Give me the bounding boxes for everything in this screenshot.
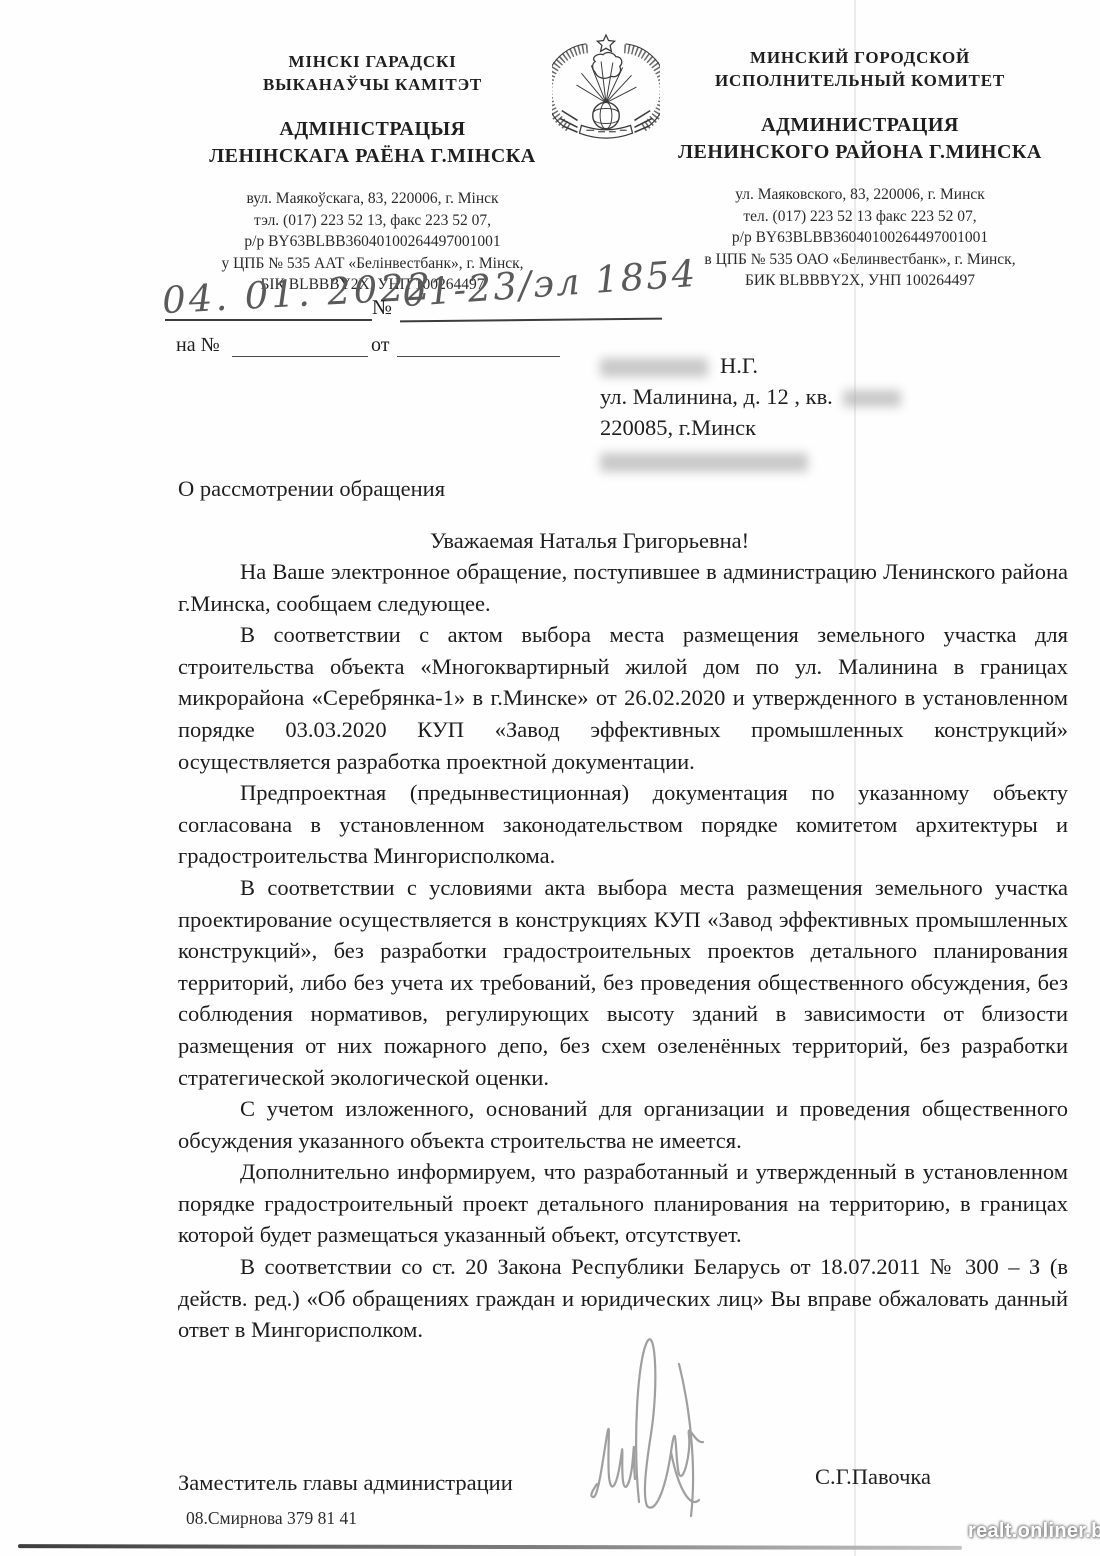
- site-watermark: realt.onliner.by: [968, 1520, 1100, 1543]
- letterhead-address-line: тел. (017) 223 52 13 факс 223 52 07,: [660, 206, 1060, 228]
- scan-edge-artifact: [18, 1544, 962, 1550]
- recipient-email-line: [600, 443, 901, 474]
- letterhead-line: ЛЕНІНСКАГА РАЁНА Г.МІНСКА: [170, 143, 575, 170]
- letterhead-left: МІНСКІ ГАРАДСКІВЫКАНАЎЧЫ КАМІТЭТ АДМІНІС…: [170, 50, 575, 296]
- recipient-initials: Н.Г.: [720, 353, 758, 378]
- recipient-street-line: ул. Малинина, д. 12 , кв.: [600, 381, 901, 412]
- letterhead-address-line: ул. Маяковского, 83, 220006, г. Минск: [660, 184, 1060, 206]
- letterhead-left-org: МІНСКІ ГАРАДСКІВЫКАНАЎЧЫ КАМІТЭТ: [170, 50, 575, 96]
- letterhead-address-line: вул. Маякоўскага, 83, 220006, г. Мінск: [170, 188, 575, 210]
- letterhead-address-line: р/р BY63BLBB36040100264497001001: [170, 231, 575, 253]
- recipient-city-line: 220085, г.Минск: [600, 412, 901, 443]
- letterhead-line: МІНСКІ ГАРАДСКІ: [170, 50, 575, 73]
- number-underline: [400, 318, 662, 323]
- letterhead-line: ВЫКАНАЎЧЫ КАМІТЭТ: [170, 73, 575, 96]
- subject-line: О рассмотрении обращения: [178, 476, 445, 502]
- letter-body: На Ваше электронное обращение, поступивш…: [178, 556, 1068, 1346]
- signer-position-title: Заместитель главы администрации: [178, 1470, 513, 1496]
- body-paragraph: На Ваше электронное обращение, поступивш…: [178, 556, 1068, 619]
- letterhead-right-address: ул. Маяковского, 83, 220006, г. Минсктел…: [660, 184, 1060, 292]
- letterhead-address-line: в ЦПБ № 535 ОАО «Белинвестбанк», г. Минс…: [660, 249, 1060, 271]
- redacted-apartment: [843, 390, 901, 407]
- letterhead-line: АДМИНИСТРАЦИЯ: [660, 112, 1060, 139]
- scanned-letter-page: МІНСКІ ГАРАДСКІВЫКАНАЎЧЫ КАМІТЭТ АДМІНІС…: [0, 0, 1100, 1556]
- reference-ot-label: от: [371, 334, 389, 357]
- body-paragraph: В соответствии с актом выбора места разм…: [178, 619, 1068, 777]
- reference-na-label: на №: [176, 334, 220, 357]
- handwritten-signature-icon: [583, 1322, 743, 1527]
- body-paragraph: Предпроектная (предынвестиционная) докум…: [178, 777, 1068, 872]
- belarus-coat-of-arms-icon: [552, 32, 660, 153]
- redacted-email: [600, 453, 808, 472]
- number-sign: №: [372, 295, 392, 320]
- letterhead-right-dept: АДМИНИСТРАЦИЯЛЕНИНСКОГО РАЙОНА Г.МИНСКА: [660, 112, 1060, 166]
- recipient-street-text: ул. Малинина, д. 12 , кв.: [600, 384, 833, 409]
- redacted-surname: [600, 358, 708, 377]
- body-paragraph: В соответствии с условиями акта выбора м…: [178, 872, 1068, 1093]
- letterhead-line: ЛЕНИНСКОГО РАЙОНА Г.МИНСКА: [660, 139, 1060, 166]
- recipient-block: Н.Г. ул. Малинина, д. 12 , кв. 220085, г…: [600, 350, 901, 474]
- reference-date-blank: [397, 356, 560, 357]
- letterhead-left-dept: АДМІНІСТРАЦЫЯЛЕНІНСКАГА РАЁНА Г.МІНСКА: [170, 116, 575, 170]
- recipient-name-line: Н.Г.: [600, 350, 901, 381]
- letterhead-address-line: р/р BY63BLBB36040100264497001001: [660, 227, 1060, 249]
- date-underline: [165, 319, 372, 321]
- letterhead-address-line: тэл. (017) 223 52 13, факс 223 52 07,: [170, 210, 575, 232]
- letterhead-right-org: МИНСКИЙ ГОРОДСКОЙИСПОЛНИТЕЛЬНЫЙ КОМИТЕТ: [660, 46, 1060, 92]
- letterhead-line: АДМІНІСТРАЦЫЯ: [170, 116, 575, 143]
- letterhead-right: МИНСКИЙ ГОРОДСКОЙИСПОЛНИТЕЛЬНЫЙ КОМИТЕТ …: [660, 46, 1060, 292]
- executor-phone-line: 08.Смирнова 379 81 41: [186, 1508, 357, 1529]
- body-paragraph: С учетом изложенного, оснований для орга…: [178, 1093, 1068, 1156]
- body-paragraph: Дополнительно информируем, что разработа…: [178, 1156, 1068, 1251]
- signer-name: С.Г.Павочка: [815, 1464, 931, 1490]
- reference-number-blank: [232, 356, 368, 357]
- letterhead-line: ИСПОЛНИТЕЛЬНЫЙ КОМИТЕТ: [660, 69, 1060, 92]
- letterhead-line: МИНСКИЙ ГОРОДСКОЙ: [660, 46, 1060, 69]
- letterhead-address-line: БИК BLBBBY2X, УНП 100264497: [660, 270, 1060, 292]
- salutation: Уважаемая Наталья Григорьевна!: [430, 528, 749, 554]
